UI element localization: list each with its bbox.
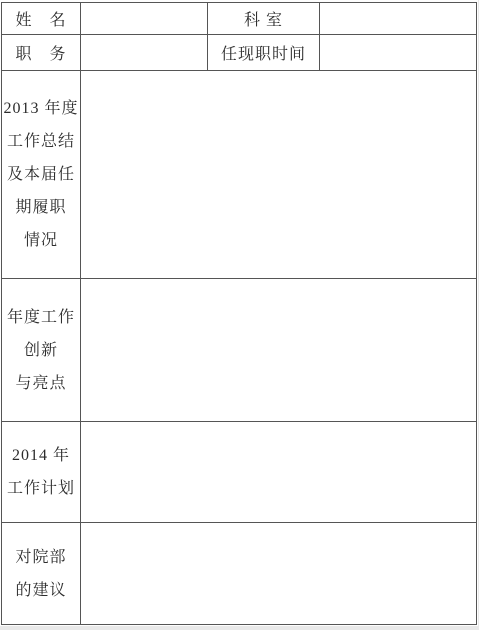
summary-2013-content-cell [81,71,477,279]
form-table: 姓 名 科 室 职 务 任现职时间 2013 年度 工作总结 及本届任 期履职 … [1,2,477,625]
table-row-plan-2014: 2014 年 工作计划 [2,422,477,523]
name-value-cell [81,3,208,35]
innovation-content-cell [81,279,477,422]
table-row-innovation: 年度工作 创新 与亮点 [2,279,477,422]
table-row-name-department: 姓 名 科 室 [2,3,477,35]
table-row-position-tenure: 职 务 任现职时间 [2,35,477,71]
name-label-cell: 姓 名 [2,3,81,35]
innovation-label-cell: 年度工作 创新 与亮点 [2,279,81,422]
table-row-summary-2013: 2013 年度 工作总结 及本届任 期履职 情况 [2,71,477,279]
tenure-label-cell: 任现职时间 [208,35,320,71]
tenure-value-cell [320,35,477,71]
plan-2014-label-cell: 2014 年 工作计划 [2,422,81,523]
department-value-cell [320,3,477,35]
position-label-cell: 职 务 [2,35,81,71]
position-value-cell [81,35,208,71]
suggestions-content-cell [81,523,477,625]
plan-2014-content-cell [81,422,477,523]
table-row-suggestions: 对院部 的建议 [2,523,477,625]
suggestions-label-cell: 对院部 的建议 [2,523,81,625]
summary-2013-label-cell: 2013 年度 工作总结 及本届任 期履职 情况 [2,71,81,279]
department-label-cell: 科 室 [208,3,320,35]
document-page: 姓 名 科 室 职 务 任现职时间 2013 年度 工作总结 及本届任 期履职 … [0,0,478,626]
